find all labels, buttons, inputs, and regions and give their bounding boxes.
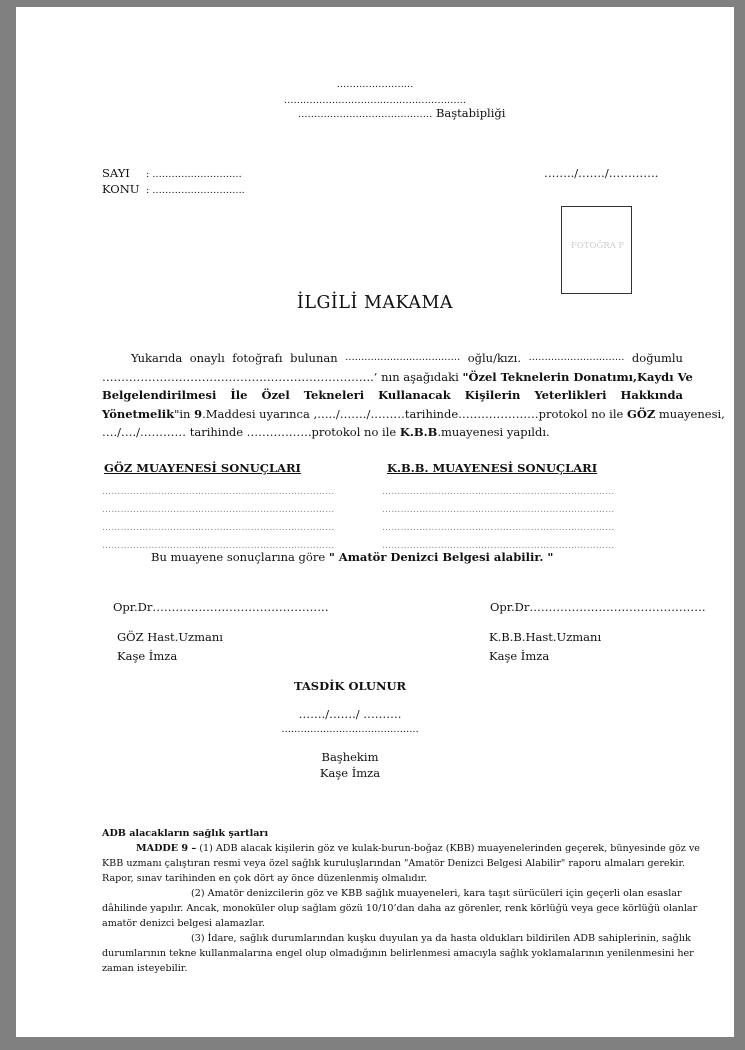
goz-results-lines: ………………………………………………………………… ……………………………………… xyxy=(102,483,335,555)
page-title: İLGİLİ MAKAMA xyxy=(16,293,734,313)
konu-value: : ……………………….. xyxy=(146,185,245,196)
goz-results-heading: GÖZ MUAYENESİ SONUÇLARI xyxy=(104,461,301,475)
left-specialty: GÖZ Hast.Uzmanı xyxy=(117,630,223,644)
body-paragraph: Yukarıdaonaylıfotoğrafıbulunan…………………………… xyxy=(102,349,683,442)
regulation-section: ADB alacakların sağlık şartları MADDE 9 … xyxy=(102,826,686,976)
body-line-3: Belgelendirilmesi İle Özel Tekneleri Kul… xyxy=(102,386,683,405)
regulation-p1-line3: Rapor, sınav tarihinden en çok dört ay ö… xyxy=(102,871,686,886)
body-word: ………………………… xyxy=(529,349,625,368)
sayi-row: SAYI: ………………………. xyxy=(102,166,242,180)
right-stamp: Kaşe İmza xyxy=(489,649,549,663)
left-doctor: Opr.Dr………………………………………. xyxy=(113,600,329,614)
document-page: …………………… ………………………………………………… ……………………………… xyxy=(16,7,734,1037)
regulation-p3-line3: zaman isteyebilir. xyxy=(102,961,686,976)
right-specialty: K.B.B.Hast.Uzmanı xyxy=(489,630,601,644)
body-line-5: …./…./………… tarihinde ……………..protokol no … xyxy=(102,423,683,442)
body-line-1: Yukarıdaonaylıfotoğrafıbulunan…………………………… xyxy=(102,349,683,368)
sayi-value: : ………………………. xyxy=(146,169,242,180)
photo-placeholder: FOTOĞRA F xyxy=(571,240,626,253)
regulation-p2-line3: amatör denizci belgesi alamazlar. xyxy=(102,916,686,931)
konu-label: KONU xyxy=(102,182,146,196)
institution-dots: …………………………………… xyxy=(298,109,432,120)
kbb-results-heading: K.B.B. MUAYENESİ SONUÇLARI xyxy=(387,461,597,475)
body-word: oğlu/kızı. xyxy=(468,349,521,368)
regulation-p1-line2: KBB uzmanı çalıştıran resmi veya özel sa… xyxy=(102,856,686,871)
approval-heading: TASDİK OLUNUR xyxy=(16,679,684,693)
body-line-2: ……………………………………………………………..’ nın aşağıdaki… xyxy=(102,368,683,387)
header-line-2: ………………………………………………… xyxy=(16,95,734,106)
konu-row: KONU: ……………………….. xyxy=(102,182,245,196)
header-line-3: …………………………………… Baştabipliği xyxy=(298,106,505,120)
institution-label: Baştabipliği xyxy=(436,106,505,120)
approval-stamp: Kaşe İmza xyxy=(16,766,684,780)
photo-box: FOTOĞRA F xyxy=(561,206,632,294)
approval-line: ……………………………………. xyxy=(16,724,684,735)
regulation-p2-line2: dâhilinde yapılır. Ancak, monoküler olup… xyxy=(102,901,686,916)
body-word: Yukarıda xyxy=(131,349,182,368)
regulation-p3-line2: durumlarının tekne kullanmalarına engel … xyxy=(102,946,686,961)
sayi-label: SAYI xyxy=(102,166,146,180)
regulation-p3-line1: (3) İdare, sağlık durumlarından kuşku du… xyxy=(102,931,686,946)
body-word: doğumlu xyxy=(632,349,683,368)
body-word: bulunan xyxy=(290,349,338,368)
kbb-results-lines: ………………………………………………………………… ……………………………………… xyxy=(382,483,615,555)
header-line-1: …………………… xyxy=(16,79,734,90)
right-doctor: Opr.Dr………………………………………. xyxy=(490,600,706,614)
regulation-heading: ADB alacakların sağlık şartları xyxy=(102,826,686,841)
left-stamp: Kaşe İmza xyxy=(117,649,177,663)
regulation-p1-line1: MADDE 9 – (1) ADB alacak kişilerin göz v… xyxy=(102,841,686,856)
approval-date: ……./……./ ………. xyxy=(16,707,684,721)
document-date: ……../……./…………. xyxy=(544,166,658,180)
regulation-p2-line1: (2) Amatör denizcilerin göz ve KBB sağlı… xyxy=(102,886,686,901)
conclusion-text: Bu muayene sonuçlarına göre " Amatör Den… xyxy=(151,550,553,564)
body-word: onaylı xyxy=(190,349,225,368)
body-line-4: Yönetmelik"in 9.Maddesi uyarınca ,…../……… xyxy=(102,405,683,424)
body-word: ……………………………… xyxy=(345,349,460,368)
approval-role: Başhekim xyxy=(16,750,684,764)
body-word: fotoğrafı xyxy=(232,349,282,368)
